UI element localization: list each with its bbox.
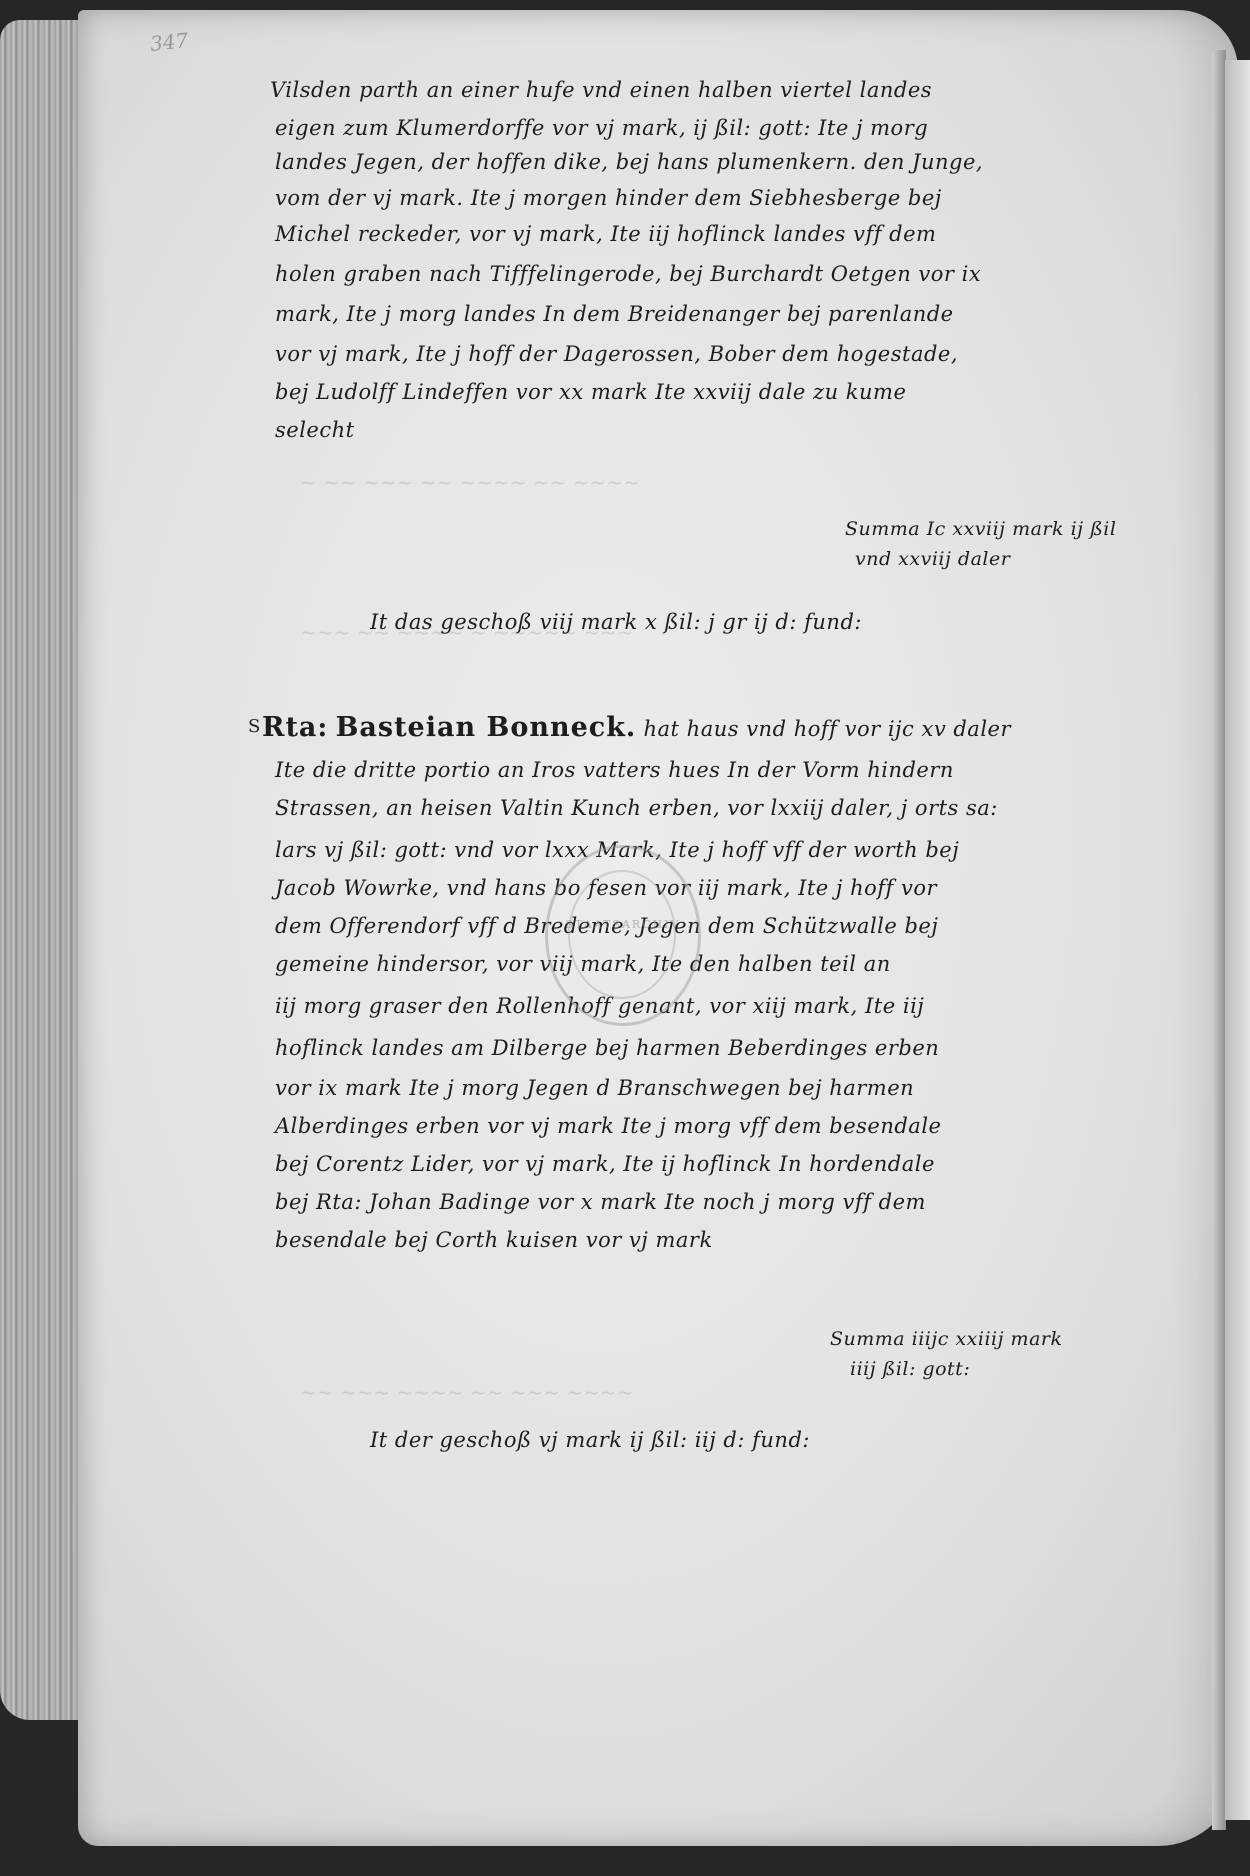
margin-mark: S [248,716,260,737]
folio-number: 347 [149,28,189,56]
text-line: Strassen, an heisen Valtin Kunch erben, … [275,796,998,820]
entry-heading: Rta: Basteian Bonneck. hat haus vnd hoff… [262,712,1011,743]
text-line: Michel reckeder, vor vj mark, Ite iij ho… [275,222,936,246]
heading-tail: hat haus vnd hoff vor ijc xv daler [644,717,1012,741]
text-line: hoflinck landes am Dilberge bej harmen B… [275,1036,939,1060]
heading-name: Basteian Bonneck. [336,712,637,743]
text-line: vor ix mark Ite j morg Jegen d Branschwe… [275,1076,914,1100]
text-line: Vilsden parth an einer hufe vnd einen ha… [270,78,932,102]
stamp-text: STAATSARCHIV [548,918,698,931]
text-line: besendale bej Corth kuisen vor vj mark [275,1228,713,1252]
text-line: bej Ludolff Lindeffen vor xx mark Ite xx… [275,380,906,404]
tax-result-line: It der geschoß vj mark ij ßil: iij d: fu… [370,1428,810,1452]
book-gutter [1212,50,1226,1830]
text-line: eigen zum Klumerdorffe vor vj mark, ij ß… [275,116,928,140]
summa-line: Summa iiijc xxiiij mark [830,1328,1063,1350]
text-line: bej Corentz Lider, vor vj mark, Ite ij h… [275,1152,935,1176]
text-line: landes Jegen, der hoffen dike, bej hans … [275,150,983,174]
summa-line: Summa Ic xxviij mark ij ßil [845,518,1116,540]
text-line: Alberdinges erben vor vj mark Ite j morg… [275,1114,941,1138]
heading-prefix: Rta: [262,712,328,743]
summa-line: vnd xxviij daler [855,548,1010,570]
archive-stamp: STAATSARCHIV [545,845,701,1026]
text-line: mark, Ite j morg landes In dem Breidenan… [275,302,954,326]
text-line: vor vj mark, Ite j hoff der Dagerossen, … [275,342,958,366]
tax-result-line: It das geschoß viij mark x ßil: j gr ij … [370,610,862,634]
bleed-through-text: ~ ~~ ~~~ ~~ ~~~~ ~~ ~~~~ [300,470,640,494]
text-line: bej Rta: Johan Badinge vor x mark Ite no… [275,1190,926,1214]
text-line: holen graben nach Tifffelingerode, bej B… [275,262,981,286]
facing-page-edge [1225,60,1250,1820]
text-line: vom der vj mark. Ite j morgen hinder dem… [275,186,942,210]
summa-line: iiij ßil: gott: [850,1358,970,1380]
text-line: Ite die dritte portio an Iros vatters hu… [275,758,954,782]
stamp-inner-ring [568,870,676,999]
book-page-stack [0,20,90,1720]
bleed-through-text: ~~ ~~~ ~~~~ ~~ ~~~ ~~~~ [300,1380,633,1404]
text-line: selecht [275,418,355,442]
